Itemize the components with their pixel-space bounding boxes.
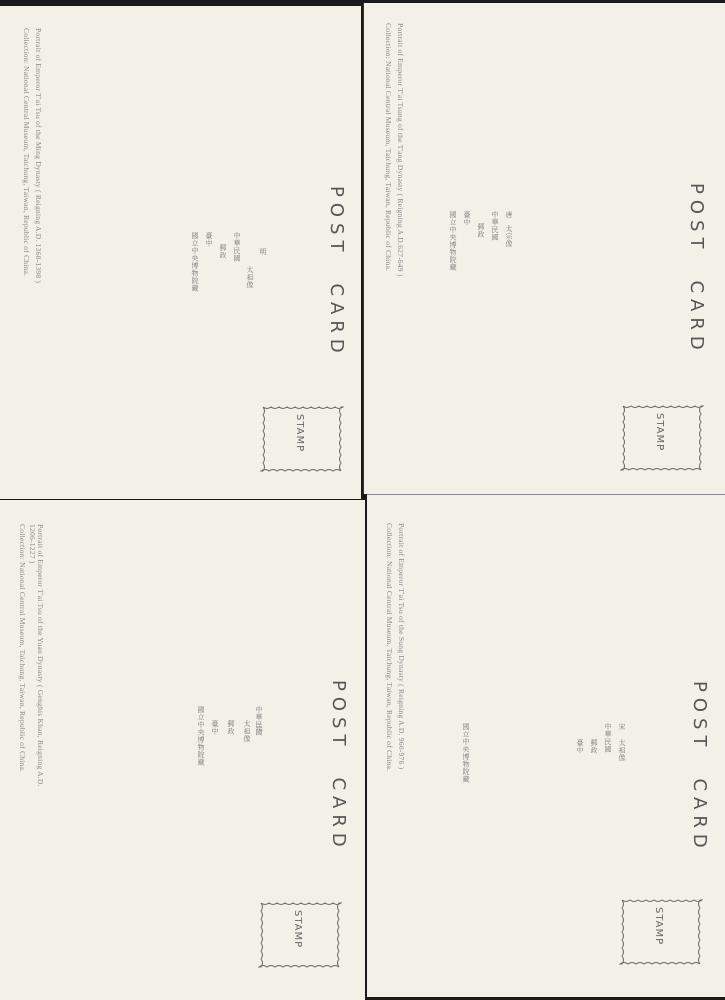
title-word-post: POST (686, 183, 707, 254)
cjk-col3: 臺中 (575, 739, 585, 754)
title-word-card: CARD (326, 283, 347, 358)
caption-line-2: Collection: National Central Museum, Tai… (18, 524, 27, 772)
stamp-label: STAMP (292, 910, 303, 948)
title-word-card: CARD (689, 778, 710, 853)
postcard-title: POSTCARD (689, 681, 710, 854)
cjk-col3: 臺中 (462, 211, 472, 226)
postcard-title: POSTCARD (328, 680, 349, 853)
cjk-subject: 太祖像 (245, 266, 255, 289)
caption-line-2: Collection: National Central Museum, Tai… (22, 28, 31, 276)
postcard-title: POSTCARD (326, 186, 347, 359)
caption-line-1: Portrait of Emperor T'ai Tsu of the Ming… (34, 28, 43, 283)
caption-line-1: Portrait of Emperor T'ai Tsu of the Sung… (397, 523, 406, 769)
cjk-col2: 郵政 (226, 720, 236, 735)
cjk-subject: 太祖像 (617, 739, 627, 762)
caption-line-2: Collection: National Central Museum, Tai… (385, 523, 394, 771)
cjk-col1: 中華民國 (232, 232, 242, 262)
cjk-dynasty: 明 (258, 248, 268, 256)
title-word-card: CARD (686, 280, 707, 355)
cjk-col2: 郵政 (476, 223, 486, 238)
postcard-song: Portrait of Emperor T'ai Tsu of the Sung… (367, 494, 725, 997)
stamp-box: STAMP (619, 897, 703, 967)
cjk-col4: 國立中央博物院藏 (461, 723, 471, 783)
cjk-col4: 國立中央博物院藏 (448, 211, 458, 271)
cjk-subject: 太宗像 (504, 225, 514, 248)
cjk-dynasty: 唐 (504, 211, 514, 219)
cjk-col1: 中華民國 (490, 211, 500, 241)
postcard-title: POSTCARD (686, 183, 707, 356)
postcard-ming: Portrait of Emperor T'ai Tsu of the Ming… (0, 6, 361, 499)
postcard-yuan: Portrait of Emperor T'ai Tsu of the Yuan… (0, 500, 365, 1000)
stamp-box: STAMP (258, 900, 342, 970)
cjk-col2: 郵政 (218, 244, 228, 259)
stamp-label: STAMP (653, 907, 664, 945)
stamp-box: STAMP (620, 403, 704, 473)
caption-line-1b: 1206-1227 ) (28, 524, 37, 564)
cjk-col3: 臺中 (204, 232, 214, 247)
caption-line-2: Collection: National Central Museum, Tai… (384, 23, 393, 271)
cjk-col2: 郵政 (589, 739, 599, 754)
title-word-post: POST (328, 680, 349, 751)
cjk-col3: 臺中 (210, 720, 220, 735)
cjk-col4: 國立中央博物院藏 (196, 706, 206, 766)
stamp-box: STAMP (260, 404, 344, 474)
title-word-post: POST (689, 681, 710, 752)
title-word-card: CARD (328, 777, 349, 852)
cjk-dynasty: 宋 (617, 723, 627, 731)
cjk-col1: 中華民國 (254, 706, 264, 736)
caption-line-1: Portrait of Emperor T'ai Tsung of the T'… (396, 23, 405, 277)
cjk-subject: 太祖像 (242, 720, 252, 743)
postcard-tang: Portrait of Emperor T'ai Tsung of the T'… (363, 3, 725, 494)
caption-line-1: Portrait of Emperor T'ai Tsu of the Yuan… (36, 524, 45, 787)
stamp-label: STAMP (654, 413, 665, 451)
stamp-label: STAMP (294, 414, 305, 452)
cjk-col4: 國立中央博物院藏 (190, 232, 200, 292)
cjk-col1: 中華民國 (603, 723, 613, 753)
title-word-post: POST (326, 186, 347, 257)
